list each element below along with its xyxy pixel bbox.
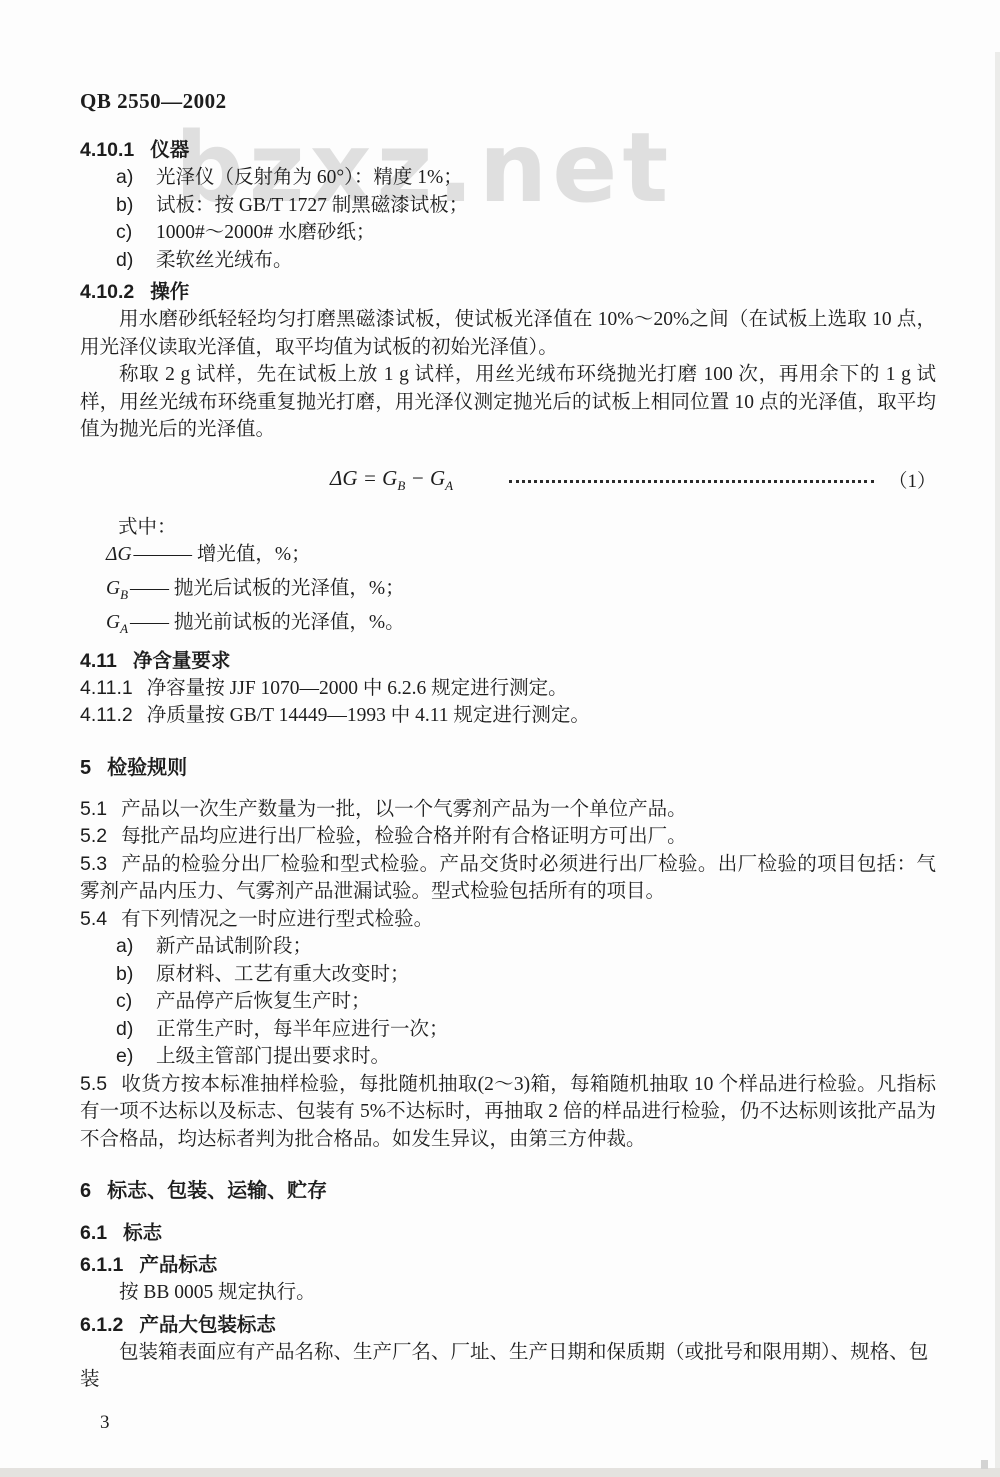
clause-text: 产品的检验分出厂检验和型式检验。产品交货时必须进行出厂检验。出厂检验的项目包括：…: [80, 854, 936, 903]
list-item-text: 光泽仪（反射角为 60°）：精度 1%；: [156, 167, 463, 188]
clause-5-5: 5.5收货方按本标准抽样检验，每批随机抽取(2～3)箱，每箱随机抽取 10 个样…: [80, 1071, 936, 1154]
scan-edge-bottom: [0, 1468, 1000, 1477]
list-item: a)新产品试制阶段；: [80, 933, 936, 961]
section-number: 6: [80, 1180, 91, 1202]
clause-5-1: 5.1产品以一次生产数量为一批，以一个气雾剂产品为一个单位产品。: [80, 796, 936, 824]
clause-title: 产品标志: [139, 1254, 217, 1276]
list-item-label: c): [116, 219, 156, 247]
dot-leader: [509, 480, 874, 483]
clause-title: 操作: [150, 281, 189, 303]
list-item-text: 上级主管部门提出要求时。: [156, 1046, 390, 1067]
clause-number: 5.2: [80, 825, 107, 847]
clause-5-2: 5.2每批产品均应进行出厂检验，检验合格并附有合格证明方可出厂。: [80, 823, 936, 851]
list-item-label: d): [116, 1016, 156, 1044]
page-content: QB 2550—2002 4.10.1仪器 a)光泽仪（反射角为 60°）：精度…: [0, 0, 1000, 1436]
list-item: e)上级主管部门提出要求时。: [80, 1043, 936, 1071]
definition-row: GB—— 抛光后试板的光泽值，%；: [80, 575, 936, 609]
clause-title: 标志: [123, 1222, 162, 1244]
list-item-text: 正常生产时，每半年应进行一次；: [156, 1019, 449, 1040]
clause-number: 6.1.1: [80, 1254, 123, 1276]
list-item: c)1000#～2000# 水磨砂纸；: [80, 219, 936, 247]
clause-title: 产品大包装标志: [139, 1314, 276, 1336]
clause-number: 4.11.1: [80, 677, 133, 699]
heading-6-1-2: 6.1.2产品大包装标志: [80, 1311, 936, 1339]
definition-symbol: ΔG: [106, 544, 132, 565]
clause-number: 5.3: [80, 853, 107, 875]
symbol-text: G: [106, 612, 120, 633]
list-item-label: c): [116, 988, 156, 1016]
where-label: 式中：: [80, 514, 936, 542]
definition-symbol: GB: [106, 578, 128, 599]
list-item: d)正常生产时，每半年应进行一次；: [80, 1016, 936, 1044]
clause-body: 包装箱表面应有产品名称、生产厂名、厂址、生产日期和保质期（或批号和限用期）、规格…: [80, 1339, 936, 1394]
formula-subscript: A: [445, 478, 453, 493]
clause-body: 按 BB 0005 规定执行。: [80, 1279, 936, 1307]
definition-dash: ———: [134, 544, 193, 565]
clause-number: 6.1: [80, 1222, 107, 1244]
clause-number: 5.5: [80, 1073, 107, 1095]
scan-artifact: [981, 1460, 988, 1469]
heading-5: 5检验规则: [80, 754, 936, 782]
heading-4-10-1: 4.10.1仪器: [80, 136, 936, 164]
list-item-label: b): [116, 192, 156, 220]
formula-row: ΔG = GB − GA （1）: [80, 466, 936, 494]
document-page: bzxz.net QB 2550—2002 4.10.1仪器 a)光泽仪（反射角…: [0, 0, 1000, 1477]
heading-6-1: 6.1标志: [80, 1219, 936, 1247]
list-item-text: 1000#～2000# 水磨砂纸；: [156, 222, 375, 243]
clause-text: 净质量按 GB/T 14449—1993 中 4.11 规定进行测定。: [147, 705, 590, 726]
list-item-label: d): [116, 247, 156, 275]
clause-number: 4.10.1: [80, 139, 134, 161]
list-item-text: 试板：按 GB/T 1727 制黑磁漆试板；: [156, 195, 468, 216]
clause-text: 每批产品均应进行出厂检验，检验合格并附有合格证明方可出厂。: [121, 826, 687, 847]
clause-5-3: 5.3产品的检验分出厂检验和型式检验。产品交货时必须进行出厂检验。出厂检验的项目…: [80, 851, 936, 906]
list-item-text: 产品停产后恢复生产时；: [156, 991, 371, 1012]
clause-title: 净含量要求: [133, 650, 231, 672]
clause-text: 收货方按本标准抽样检验，每批随机抽取(2～3)箱，每箱随机抽取 10 个样品进行…: [80, 1074, 936, 1150]
list-item-text: 柔软丝光绒布。: [156, 250, 293, 271]
symbol-text: G: [106, 578, 120, 599]
list-item: d)柔软丝光绒布。: [80, 247, 936, 275]
symbol-subscript: B: [120, 587, 128, 602]
clause-number: 5.1: [80, 798, 107, 820]
paragraph: 用水磨砂纸轻轻均匀打磨黑磁漆试板，使试板光泽值在 10%～20%之间（在试板上选…: [80, 306, 936, 361]
definition-dash: ——: [130, 612, 169, 633]
list-item: b)原材料、工艺有重大改变时；: [80, 961, 936, 989]
formula-expression: ΔG = GB − GA: [330, 466, 453, 494]
list-item: b)试板：按 GB/T 1727 制黑磁漆试板；: [80, 192, 936, 220]
section-number: 5: [80, 757, 91, 779]
formula-part: ΔG = G: [330, 466, 397, 490]
heading-6: 6标志、包装、运输、贮存: [80, 1177, 936, 1205]
list-item-text: 新产品试制阶段；: [156, 936, 312, 957]
definition-row: GA—— 抛光前试板的光泽值，%。: [80, 609, 936, 643]
clause-number: 4.10.2: [80, 281, 134, 303]
scan-edge-right: [995, 52, 1000, 1477]
formula-number: （1）: [888, 466, 936, 493]
definition-text: 抛光后试板的光泽值，%；: [169, 578, 405, 599]
list-item: a)光泽仪（反射角为 60°）：精度 1%；: [80, 164, 936, 192]
definition-symbol: GA: [106, 612, 128, 633]
clause-text: 有下列情况之一时应进行型式检验。: [121, 909, 433, 930]
symbol-text: ΔG: [106, 544, 132, 565]
list-item: c)产品停产后恢复生产时；: [80, 988, 936, 1016]
clause-number: 4.11: [80, 650, 117, 672]
clause-text: 净容量按 JJF 1070—2000 中 6.2.6 规定进行测定。: [147, 678, 568, 699]
clause-number: 5.4: [80, 908, 107, 930]
standard-code: QB 2550—2002: [80, 88, 936, 114]
clause-4-11-2: 4.11.2净质量按 GB/T 14449—1993 中 4.11 规定进行测定…: [80, 702, 936, 730]
clause-4-11-1: 4.11.1净容量按 JJF 1070—2000 中 6.2.6 规定进行测定。: [80, 675, 936, 703]
definition-text: 抛光前试板的光泽值，%。: [169, 612, 405, 633]
clause-number: 6.1.2: [80, 1314, 123, 1336]
page-number: 3: [100, 1410, 936, 1436]
definition-row: ΔG——— 增光值，%；: [80, 541, 936, 575]
formula-part: − G: [405, 466, 445, 490]
list-item-label: a): [116, 164, 156, 192]
list-item-text: 原材料、工艺有重大改变时；: [156, 964, 410, 985]
definition-text: 增光值，%；: [192, 544, 311, 565]
heading-4-11: 4.11净含量要求: [80, 647, 936, 675]
paragraph: 称取 2 g 试样，先在试板上放 1 g 试样，用丝光绒布环绕抛光打磨 100 …: [80, 361, 936, 444]
heading-6-1-1: 6.1.1产品标志: [80, 1251, 936, 1279]
list-item-label: b): [116, 961, 156, 989]
symbol-subscript: A: [120, 621, 128, 636]
section-title: 检验规则: [107, 757, 187, 779]
heading-4-10-2: 4.10.2操作: [80, 278, 936, 306]
clause-title: 仪器: [150, 139, 189, 161]
section-title: 标志、包装、运输、贮存: [107, 1180, 327, 1202]
definition-dash: ——: [130, 578, 169, 599]
clause-text: 产品以一次生产数量为一批，以一个气雾剂产品为一个单位产品。: [121, 799, 687, 820]
clause-5-4: 5.4有下列情况之一时应进行型式检验。: [80, 906, 936, 934]
list-item-label: e): [116, 1043, 156, 1071]
clause-number: 4.11.2: [80, 704, 133, 726]
list-item-label: a): [116, 933, 156, 961]
